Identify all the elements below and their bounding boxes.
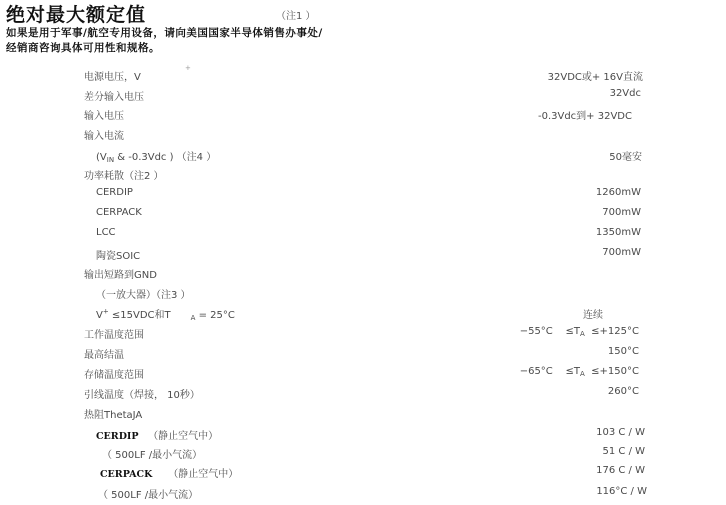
spec-label: 最高结温 xyxy=(84,346,124,361)
spec-label: 存储温度范围 xyxy=(84,366,144,381)
spec-label: 电源电压，V xyxy=(84,68,141,83)
spec-row-thermal-resistance: 热阻ThetaJA xyxy=(0,406,726,424)
spec-label: 输出短路到GND xyxy=(84,266,157,281)
spec-label: 热阻ThetaJA xyxy=(84,406,142,421)
spec-row-lcc: LCC 1350mW xyxy=(0,227,726,245)
spec-label: （ 500LF /最小气流） xyxy=(98,486,198,501)
spec-value: 103 C / W xyxy=(596,427,645,438)
page-title: 绝对最大额定值 xyxy=(6,0,146,27)
note-reference: （注1 ） xyxy=(276,7,316,22)
spec-value: 32Vdc xyxy=(610,88,641,99)
spec-value: 32VDC或+ 16V直流 xyxy=(548,68,643,83)
spec-value: 51 C / W xyxy=(603,446,646,457)
spec-value: 116°C / W xyxy=(596,486,647,497)
spec-label: CERPACK （静止空气中） xyxy=(100,465,238,480)
military-warning-line-2: 经销商咨询具体可用性和规格。 xyxy=(6,40,160,55)
spec-row-output-short-circuit: 输出短路到GND xyxy=(0,266,726,284)
spec-value: 50毫安 xyxy=(609,148,642,163)
spec-label: 陶瓷SOIC xyxy=(96,247,140,262)
spec-row-supply-voltage: 电源电压，V 32VDC或+ 16V直流 xyxy=(0,68,726,86)
spec-row-storage-temperature: 存储温度范围 −65°C ≤TA ≤+150°C xyxy=(0,366,726,384)
spec-value: -0.3Vdc到+ 32VDC xyxy=(538,107,632,122)
spec-row-cerdip-still-air: CERDIP （静止空气中） 103 C / W xyxy=(0,427,726,445)
spec-label: CERPACK xyxy=(96,207,142,218)
spec-row-differential-input-voltage: 差分输入电压 32Vdc xyxy=(0,88,726,106)
military-warning-line-1: 如果是用于军事/航空专用设备，请向美国国家半导体销售办事处/ xyxy=(6,25,323,40)
spec-label: 输入电压 xyxy=(84,107,124,122)
spec-row-power-dissipation: 功率耗散（注2 ） xyxy=(0,167,726,185)
spec-row-input-current-condition: (VIN & -0.3Vdc ) （注4 ） 50毫安 xyxy=(0,148,726,166)
spec-value: 连续 xyxy=(583,306,603,321)
spec-value: 1260mW xyxy=(596,187,641,198)
spec-label: CERDIP xyxy=(96,187,133,198)
spec-label: 工作温度范围 xyxy=(84,326,144,341)
spec-value: 176 C / W xyxy=(596,465,645,476)
spec-value: 700mW xyxy=(602,247,641,258)
spec-row-lead-temperature: 引线温度（焊接， 10秒） 260°C xyxy=(0,386,726,404)
spec-label: 差分输入电压 xyxy=(84,88,144,103)
spec-label: CERDIP （静止空气中） xyxy=(96,427,218,442)
spec-value: 260°C xyxy=(608,386,639,397)
spec-row-cerdip: CERDIP 1260mW xyxy=(0,187,726,205)
spec-row-cerpack-airflow: （ 500LF /最小气流） 116°C / W xyxy=(0,486,726,504)
spec-label: 输入电流 xyxy=(84,127,124,142)
spec-value: 700mW xyxy=(602,207,641,218)
spec-row-cerpack-still-air: CERPACK （静止空气中） 176 C / W xyxy=(0,465,726,483)
spec-row-ceramic-soic: 陶瓷SOIC 700mW xyxy=(0,247,726,265)
spec-row-short-circuit-condition: V+ ≤15VDC和TA = 25°C 连续 xyxy=(0,306,726,324)
spec-label: (VIN & -0.3Vdc ) （注4 ） xyxy=(96,148,216,164)
spec-row-input-current: 输入电流 xyxy=(0,127,726,145)
spec-label: 功率耗散（注2 ） xyxy=(84,167,164,182)
spec-value: −65°C ≤TA ≤+150°C xyxy=(520,366,639,378)
spec-row-max-junction-temperature: 最高结温 150°C xyxy=(0,346,726,364)
spec-label: LCC xyxy=(96,227,116,238)
spec-row-one-amplifier: （一放大器）（注3 ） xyxy=(0,286,726,304)
spec-row-cerpack: CERPACK 700mW xyxy=(0,207,726,225)
spec-value: 1350mW xyxy=(596,227,641,238)
spec-value: −55°C ≤TA ≤+125°C xyxy=(520,326,639,338)
spec-row-operating-temperature: 工作温度范围 −55°C ≤TA ≤+125°C xyxy=(0,326,726,344)
spec-label: （一放大器）（注3 ） xyxy=(96,286,191,301)
spec-label: （ 500LF /最小气流） xyxy=(102,446,202,461)
spec-label: 引线温度（焊接， 10秒） xyxy=(84,386,200,401)
spec-label: V+ ≤15VDC和TA = 25°C xyxy=(96,306,235,322)
spec-row-input-voltage: 输入电压 -0.3Vdc到+ 32VDC xyxy=(0,107,726,125)
spec-row-cerdip-airflow: （ 500LF /最小气流） 51 C / W xyxy=(0,446,726,464)
spec-value: 150°C xyxy=(608,346,639,357)
